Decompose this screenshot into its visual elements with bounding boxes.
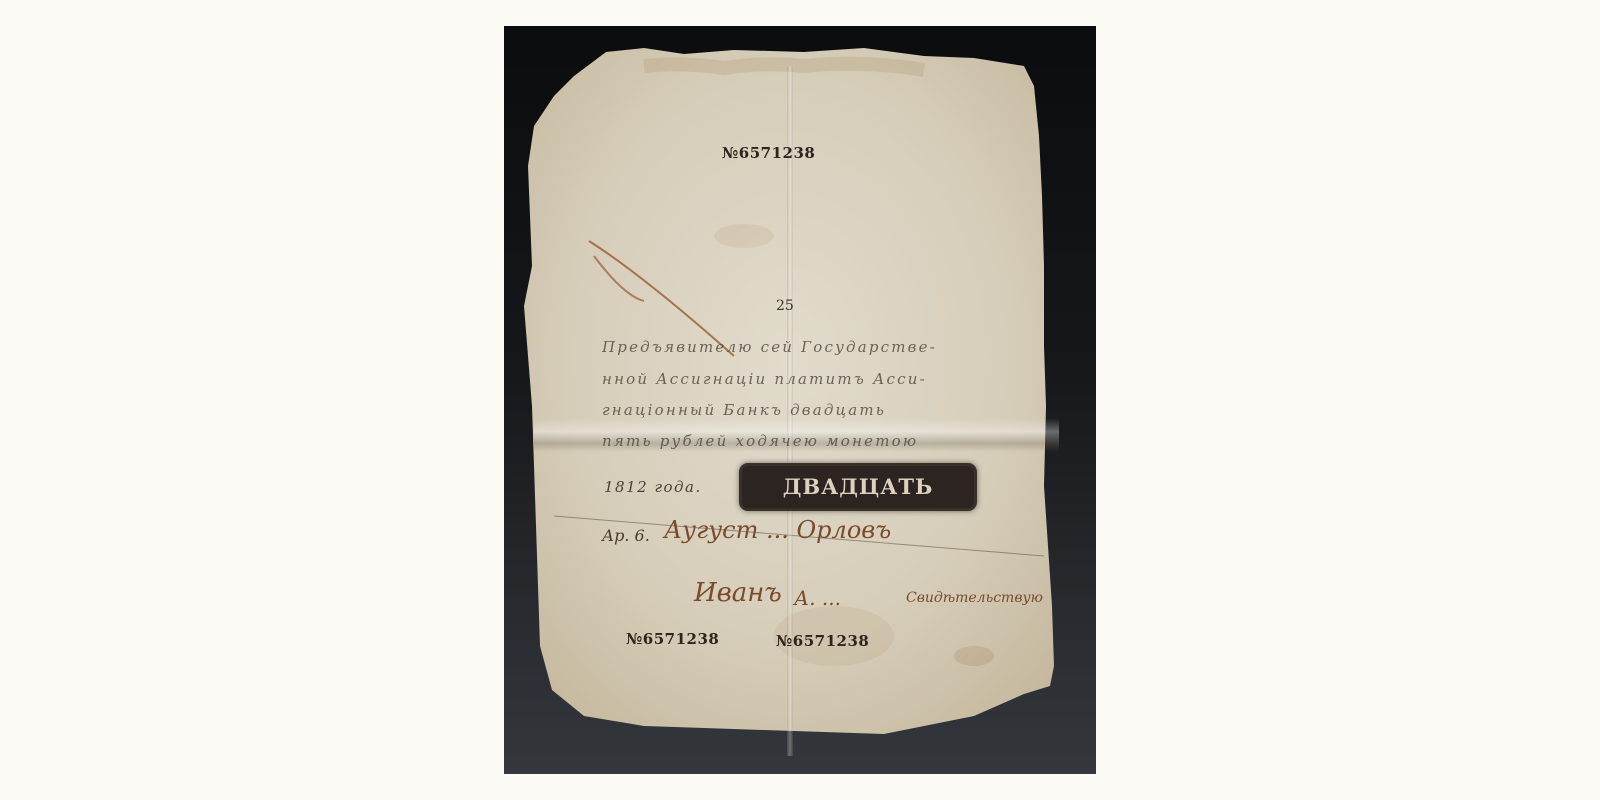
denomination-stamp: ДВАДЦАТЬ ПЯТЬ <box>742 466 974 508</box>
photo-frame-background: №6571238 25 Предъявителю сей Государстве… <box>504 26 1096 774</box>
signature-witness: Свидѣтельствую <box>906 590 1043 606</box>
signature-director-2: А. ... <box>794 586 841 610</box>
serial-number-top: №6571238 <box>722 144 815 162</box>
serial-number-bottom-right: №6571238 <box>776 632 869 650</box>
signature-director-1: Иванъ <box>694 578 782 608</box>
body-text-line-1: Предъявителю сей Государстве- <box>602 338 937 356</box>
body-text-line-3: гнацiонный Банкъ двадцать <box>602 401 886 419</box>
body-text-line-4: пять рублей ходячею монетою <box>602 432 918 450</box>
issue-year: 1812 года. <box>604 478 702 496</box>
body-text-line-2: нной Ассигнацiи платитъ Асси- <box>602 370 927 388</box>
signature-prefix: Ар. 6. <box>602 526 650 545</box>
banknote-paper <box>504 26 1096 774</box>
denomination-numeral: 25 <box>776 298 794 314</box>
signature-cashier: Аугуст ... Орловъ <box>664 516 891 544</box>
serial-number-bottom-left: №6571238 <box>626 630 719 648</box>
